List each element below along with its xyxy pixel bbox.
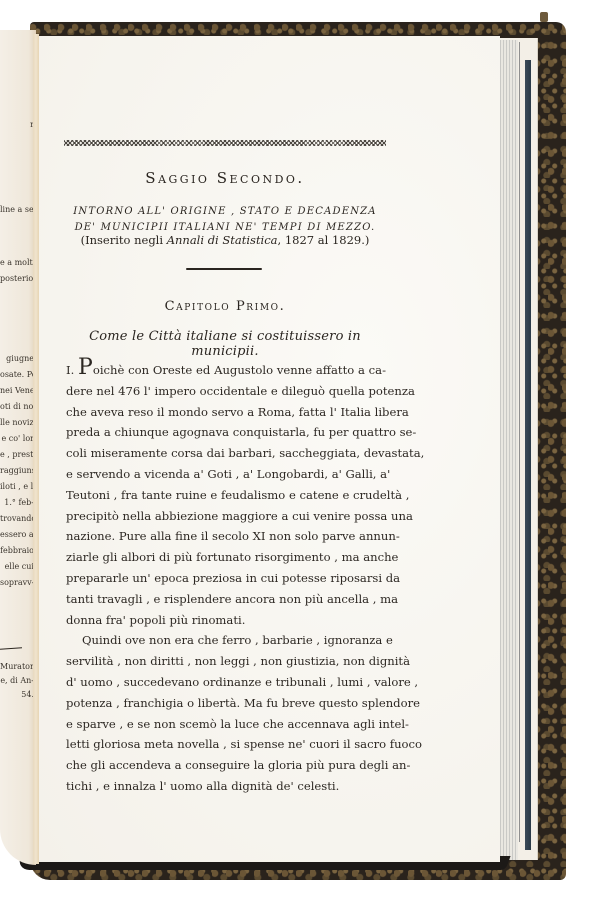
body-line: coli miseramente corsa dai barbari, sacc… <box>66 443 386 464</box>
body-line: nazione. Pure alla fine il secolo XI non… <box>66 526 386 547</box>
body-line: che aveva reso il mondo servo a Roma, fa… <box>66 402 386 423</box>
left-page-fragment: posteriori : <box>0 274 34 284</box>
body-line: prepararle un' epoca preziosa in cui pot… <box>66 568 386 589</box>
body-line: e servendo a vicenda a' Goti , a' Longob… <box>66 464 386 485</box>
body-line: dere nel 476 l' impero occidentale e dil… <box>66 381 386 402</box>
left-page-fragment: giugne <box>0 354 34 364</box>
page-edge-line <box>519 42 520 842</box>
journal-name: Annali di Statistica <box>167 233 278 247</box>
body-line: servilità , non diritti , non leggi , no… <box>66 651 386 672</box>
chapter-subheading: Come le Città italiane si costituissero … <box>64 329 386 359</box>
left-page-fragment: Muratori, <box>0 662 34 672</box>
body-line: oichè con Oreste ed Augustolo venne affa… <box>93 363 386 377</box>
body-line: Quindi ove non era che ferro , barbarie … <box>66 630 386 651</box>
left-page-fragment: e, di An- <box>0 676 34 686</box>
body-line-first: I. Poichè con Oreste ed Augustolo venne … <box>66 360 386 381</box>
left-page-fragment: raggiunse <box>0 466 34 476</box>
left-page-fragment: line a se- <box>0 205 34 215</box>
left-page-fragment: 54. <box>0 690 34 700</box>
body-line: preda a chiunque agognava conquistarla, … <box>66 422 386 443</box>
body-line: letti gloriosa meta novella , si spense … <box>66 734 386 755</box>
left-page-fragment: essero al <box>0 530 34 540</box>
cover-inner-edge <box>525 60 531 850</box>
subtitle-line-1: Intorno all' origine , stato e decadenza <box>64 204 386 220</box>
section-divider <box>186 268 262 270</box>
left-page-fragment: febbraio <box>0 546 34 556</box>
section-number: I. <box>66 363 74 377</box>
left-page-fragment: iloti , e le <box>0 482 34 492</box>
chapter-heading: Capitolo Primo. <box>64 299 386 314</box>
page-edge-band <box>500 40 518 860</box>
body-text: I. Poichè con Oreste ed Augustolo venne … <box>66 360 386 797</box>
body-line: potenza , franchigia o libertà. Ma fu br… <box>66 693 386 714</box>
left-page-fragment: e a molte <box>0 258 34 268</box>
essay-title: Saggio Secondo. <box>64 169 386 187</box>
left-page-fragment: 1.° feb- <box>0 498 34 508</box>
ornamental-rule <box>64 140 386 146</box>
body-line: precipitò nella abbiezione maggiore a cu… <box>66 506 386 527</box>
left-page-fragment: oti di notte <box>0 402 34 412</box>
body-line: donna fra' popoli più rinomati. <box>66 610 386 631</box>
left-page-fragment: lle novize <box>0 418 34 428</box>
body-line: ziarle gli albori di più fortunato risor… <box>66 547 386 568</box>
publication-note-suffix: , 1827 al 1829.) <box>278 233 370 247</box>
left-page-fragment: r <box>0 120 34 130</box>
left-page-fragment: nei Vene- <box>0 386 34 396</box>
body-line: d' uomo , succedevano ordinanze e tribun… <box>66 672 386 693</box>
drop-cap: P <box>78 355 93 380</box>
body-line: e sparve , e se non scemò la luce che ac… <box>66 714 386 735</box>
publication-note-prefix: (Inserito negli <box>81 233 167 247</box>
left-page-fragment: e co' lor <box>0 434 34 444</box>
left-page-fragment: e , presta- <box>0 450 34 460</box>
left-page-fragment: trovando <box>0 514 34 524</box>
book-gutter <box>33 34 39 864</box>
body-line: Teutoni , fra tante ruine e feudalismo e… <box>66 485 386 506</box>
body-line: tanti travagli , e risplendere ancora no… <box>66 589 386 610</box>
left-page-fragment: osate. Poi <box>0 370 34 380</box>
publication-note: (Inserito negli Annali di Statistica, 18… <box>64 233 386 247</box>
left-page-fragment: sopravv- <box>0 578 34 588</box>
left-page-fragment: elle cui <box>0 562 34 572</box>
left-page <box>0 30 36 865</box>
body-line: tichi , e innalza l' uomo alla dignità d… <box>66 776 386 797</box>
cover-corner-tab <box>540 12 548 22</box>
essay-subtitle: Intorno all' origine , stato e decadenza… <box>64 204 386 236</box>
body-line: che gli accendeva a conseguire la gloria… <box>66 755 386 776</box>
